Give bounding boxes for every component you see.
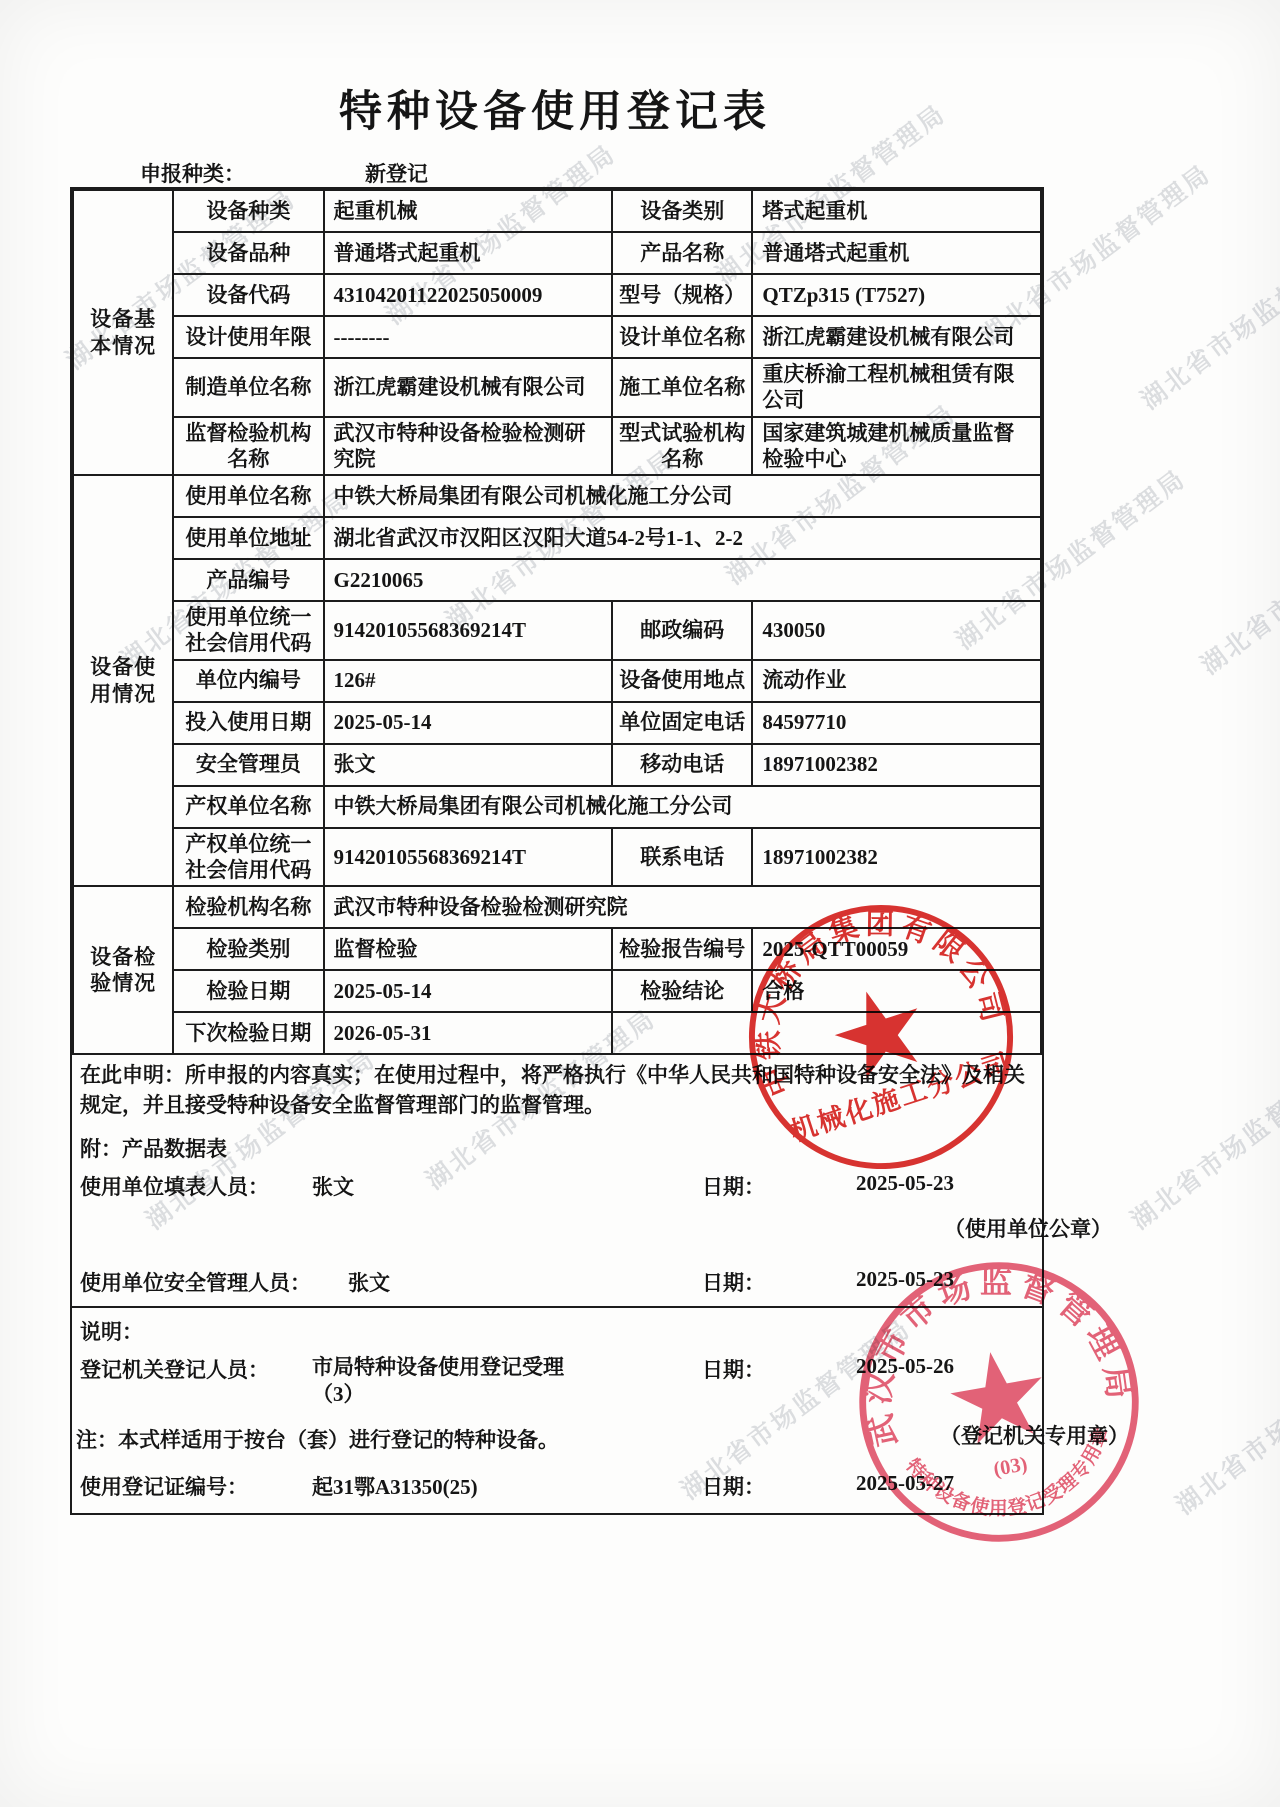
field-value: 国家建筑城建机械质量监督检验中心: [752, 417, 1041, 476]
section-header: 设备使用情况: [73, 475, 173, 886]
field-label: 使用单位统一社会信用代码: [173, 601, 323, 660]
field-label: 产品名称: [612, 232, 752, 274]
field-label: 设备使用地点: [612, 660, 752, 702]
field-value: 流动作业: [752, 660, 1041, 702]
field-label: 使用单位地址: [173, 517, 323, 559]
field-value: 武汉市特种设备检验检测研究院: [324, 417, 613, 476]
field-label: 使用单位名称: [173, 475, 323, 517]
field-value: QTZp315 (T7527): [752, 274, 1041, 316]
field-label: 产权单位名称: [173, 786, 323, 828]
table-row: 安全管理员张文移动电话18971002382: [73, 744, 1041, 786]
star-icon: [945, 1344, 1052, 1447]
filler-name: 张文: [312, 1171, 354, 1201]
table-row: 设备使用情况使用单位名称中铁大桥局集团有限公司机械化施工分公司: [73, 475, 1041, 517]
field-label: 型式试验机构名称: [612, 417, 752, 476]
field-value: 430050: [752, 601, 1041, 660]
field-label: 邮政编码: [612, 601, 752, 660]
field-value: 2025-05-14: [324, 970, 613, 1012]
field-label: 下次检验日期: [173, 1012, 323, 1054]
field-value: 126#: [324, 660, 613, 702]
table-row: 监督检验机构名称武汉市特种设备检验检测研究院型式试验机构名称国家建筑城建机械质量…: [73, 417, 1041, 476]
attachment-note: 附：产品数据表: [80, 1133, 227, 1163]
field-label: 产权单位统一社会信用代码: [173, 828, 323, 887]
table-row: 产权单位名称中铁大桥局集团有限公司机械化施工分公司: [73, 786, 1041, 828]
certificate-date-label: 日期：: [702, 1471, 765, 1501]
footnote: 注：本式样适用于按台（套）进行登记的特种设备。: [76, 1424, 559, 1454]
field-value: 84597710: [752, 702, 1041, 744]
safety-manager-label: 使用单位安全管理人员：: [80, 1267, 311, 1297]
field-value: 2025-05-14: [324, 702, 613, 744]
field-value: 湖北省武汉市汉阳区汉阳大道54-2号1-1、2-2: [324, 517, 1042, 559]
table-row: 制造单位名称浙江虎霸建设机械有限公司施工单位名称重庆桥渝工程机械租赁有限公司: [73, 358, 1041, 417]
field-label: 设备类别: [612, 190, 752, 232]
field-label: 移动电话: [612, 744, 752, 786]
field-value: G2210065: [324, 559, 1042, 601]
field-value: 浙江虎霸建设机械有限公司: [752, 316, 1041, 358]
field-label: 投入使用日期: [173, 702, 323, 744]
table-row: 设备品种普通塔式起重机产品名称普通塔式起重机: [73, 232, 1041, 274]
declaration-type-value: 新登记: [365, 158, 428, 188]
field-label: 型号（规格）: [612, 274, 752, 316]
field-label: 设备种类: [173, 190, 323, 232]
field-value: 普通塔式起重机: [752, 232, 1041, 274]
table-row: 单位内编号126#设备使用地点流动作业: [73, 660, 1041, 702]
section-header: 设备检验情况: [73, 886, 173, 1054]
field-value: 2026-05-31: [324, 1012, 613, 1054]
field-value: 张文: [324, 744, 613, 786]
declaration-type-label: 申报种类：: [140, 158, 245, 188]
field-value: 18971002382: [752, 828, 1041, 887]
scanned-registration-form-page: 湖北省市场监督管理局湖北省市场监督管理局湖北省市场监督管理局湖北省市场监督管理局…: [0, 0, 1280, 1807]
field-value: 重庆桥渝工程机械租赁有限公司: [752, 358, 1041, 417]
table-row: 投入使用日期2025-05-14单位固定电话84597710: [73, 702, 1041, 744]
table-row: 产品编号G2210065: [73, 559, 1041, 601]
field-label: 设备代码: [173, 274, 323, 316]
field-label: 检验日期: [173, 970, 323, 1012]
field-value: 18971002382: [752, 744, 1041, 786]
field-label: 联系电话: [612, 828, 752, 887]
seal-code-text: (03): [992, 1453, 1029, 1481]
field-label: 设计单位名称: [612, 316, 752, 358]
certificate-number: 起31鄂A31350(25): [312, 1471, 478, 1501]
table-row: 设计使用年限--------设计单位名称浙江虎霸建设机械有限公司: [73, 316, 1041, 358]
star-icon: [825, 978, 933, 1083]
field-label: 监督检验机构名称: [173, 417, 323, 476]
table-row: 产权单位统一社会信用代码91420105568369214T联系电话189710…: [73, 828, 1041, 887]
field-label: 单位内编号: [173, 660, 323, 702]
field-label: 施工单位名称: [612, 358, 752, 417]
field-label: 设计使用年限: [173, 316, 323, 358]
table-row: 设备代码43104201122025050009型号（规格）QTZp315 (T…: [73, 274, 1041, 316]
watermark-text: 湖北省市场监督管理局: [1192, 484, 1280, 681]
watermark-text: 湖北省市场监督管理局: [1122, 1039, 1280, 1236]
field-value: 起重机械: [324, 190, 613, 232]
watermark-text: 湖北省市场监督管理局: [1132, 219, 1280, 416]
seal-subtitle-text: 机械化施工分公司: [786, 1047, 1015, 1148]
field-value: 中铁大桥局集团有限公司机械化施工分公司: [324, 786, 1042, 828]
field-value: 普通塔式起重机: [324, 232, 613, 274]
field-label: 单位固定电话: [612, 702, 752, 744]
registration-authority-stamp: 武汉市市场监督管理局 (03) 特种设备使用登记受理专用章: [830, 1233, 1168, 1571]
table-row: 使用单位地址湖北省武汉市汉阳区汉阳大道54-2号1-1、2-2: [73, 517, 1041, 559]
watermark-text: 湖北省市场监督管理局: [1167, 1324, 1280, 1521]
field-value: 中铁大桥局集团有限公司机械化施工分公司: [324, 475, 1042, 517]
safety-manager-name: 张文: [348, 1267, 390, 1297]
field-value: 浙江虎霸建设机械有限公司: [324, 358, 613, 417]
filler-label: 使用单位填表人员：: [80, 1171, 269, 1201]
filler-date-label: 日期：: [702, 1171, 765, 1201]
page-title: 特种设备使用登记表: [70, 78, 1040, 139]
remark-label: 说明：: [80, 1316, 143, 1346]
safety-date-label: 日期：: [702, 1267, 765, 1297]
field-value: 塔式起重机: [752, 190, 1041, 232]
field-value: 43104201122025050009: [324, 274, 613, 316]
field-label: 检验机构名称: [173, 886, 323, 928]
registrar-label: 登记机关登记人员：: [80, 1354, 269, 1384]
table-row: 设备基本情况设备种类起重机械设备类别塔式起重机: [73, 190, 1041, 232]
field-value: --------: [324, 316, 613, 358]
certificate-number-label: 使用登记证编号：: [80, 1471, 248, 1501]
field-value: 91420105568369214T: [324, 828, 613, 887]
field-value: 监督检验: [324, 928, 613, 970]
field-label: 安全管理员: [173, 744, 323, 786]
field-value: 91420105568369214T: [324, 601, 613, 660]
registrar-name: 市局特种设备使用登记受理（3）: [312, 1354, 584, 1409]
field-label: 制造单位名称: [173, 358, 323, 417]
field-label: 产品编号: [173, 559, 323, 601]
registrar-date-label: 日期：: [702, 1354, 765, 1384]
field-label: 设备品种: [173, 232, 323, 274]
section-header: 设备基本情况: [73, 190, 173, 475]
field-label: 检验类别: [173, 928, 323, 970]
table-row: 使用单位统一社会信用代码91420105568369214T邮政编码430050: [73, 601, 1041, 660]
